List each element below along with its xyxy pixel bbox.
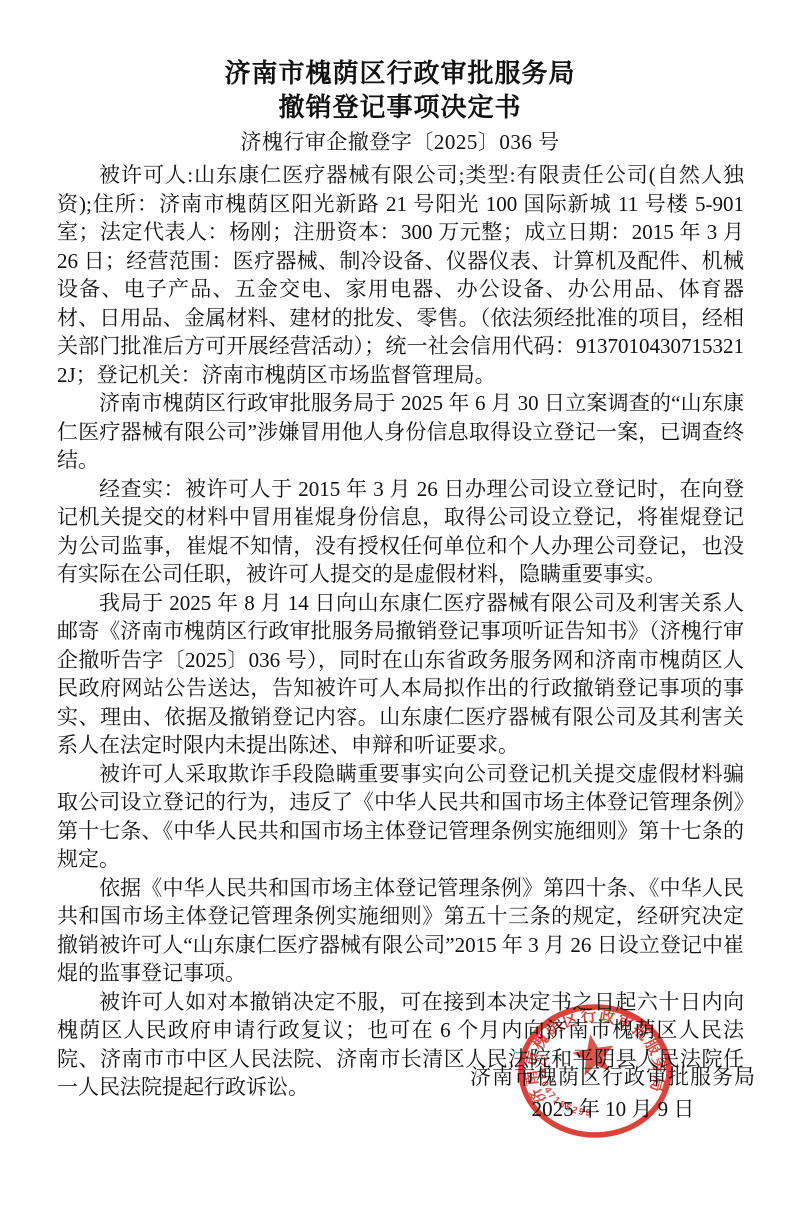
doc-number: 济槐行审企撤登字〔2025〕036 号 [0,127,800,157]
paragraph-hearing-notice: 我局于 2025 年 8 月 14 日向山东康仁医疗器械有限公司及利害关系人邮寄… [57,589,744,760]
doc-title-subject: 撤销登记事项决定书 [0,90,800,124]
paragraph-licensee-info: 被许可人:山东康仁医疗器械有限公司;类型:有限责任公司(自然人独资);住所：济南… [57,161,744,389]
signature-date: 2025 年 10 月 9 日 [470,1093,756,1126]
document-page: 济南市槐荫区行政审批服务局 撤销登记事项决定书 济槐行审企撤登字〔2025〕03… [0,0,800,1228]
signature-agency: 济南市槐荫区行政审批服务局 [470,1062,756,1093]
doc-title-agency: 济南市槐荫区行政审批服务局 [0,56,800,90]
paragraph-violation: 被许可人采取欺诈手段隐瞒重要事实向公司登记机关提交虚假材料骗取公司设立登记的行为… [57,760,744,874]
paragraph-decision: 依据《中华人民共和国市场主体登记管理条例》第四十条、《中华人民共和国市场主体登记… [57,874,744,988]
paragraph-case-filing: 济南市槐荫区行政审批服务局于 2025 年 6 月 30 日立案调查的“山东康仁… [57,389,744,475]
doc-body: 被许可人:山东康仁医疗器械有限公司;类型:有限责任公司(自然人独资);住所：济南… [57,161,744,1102]
document-header: 济南市槐荫区行政审批服务局 撤销登记事项决定书 济槐行审企撤登字〔2025〕03… [0,0,800,157]
paragraph-findings: 经查实：被许可人于 2015 年 3 月 26 日办理公司设立登记时，在向登记机… [57,475,744,589]
signature-block: 济南市槐荫区行政审批服务局 2025 年 10 月 9 日 [470,1062,756,1126]
